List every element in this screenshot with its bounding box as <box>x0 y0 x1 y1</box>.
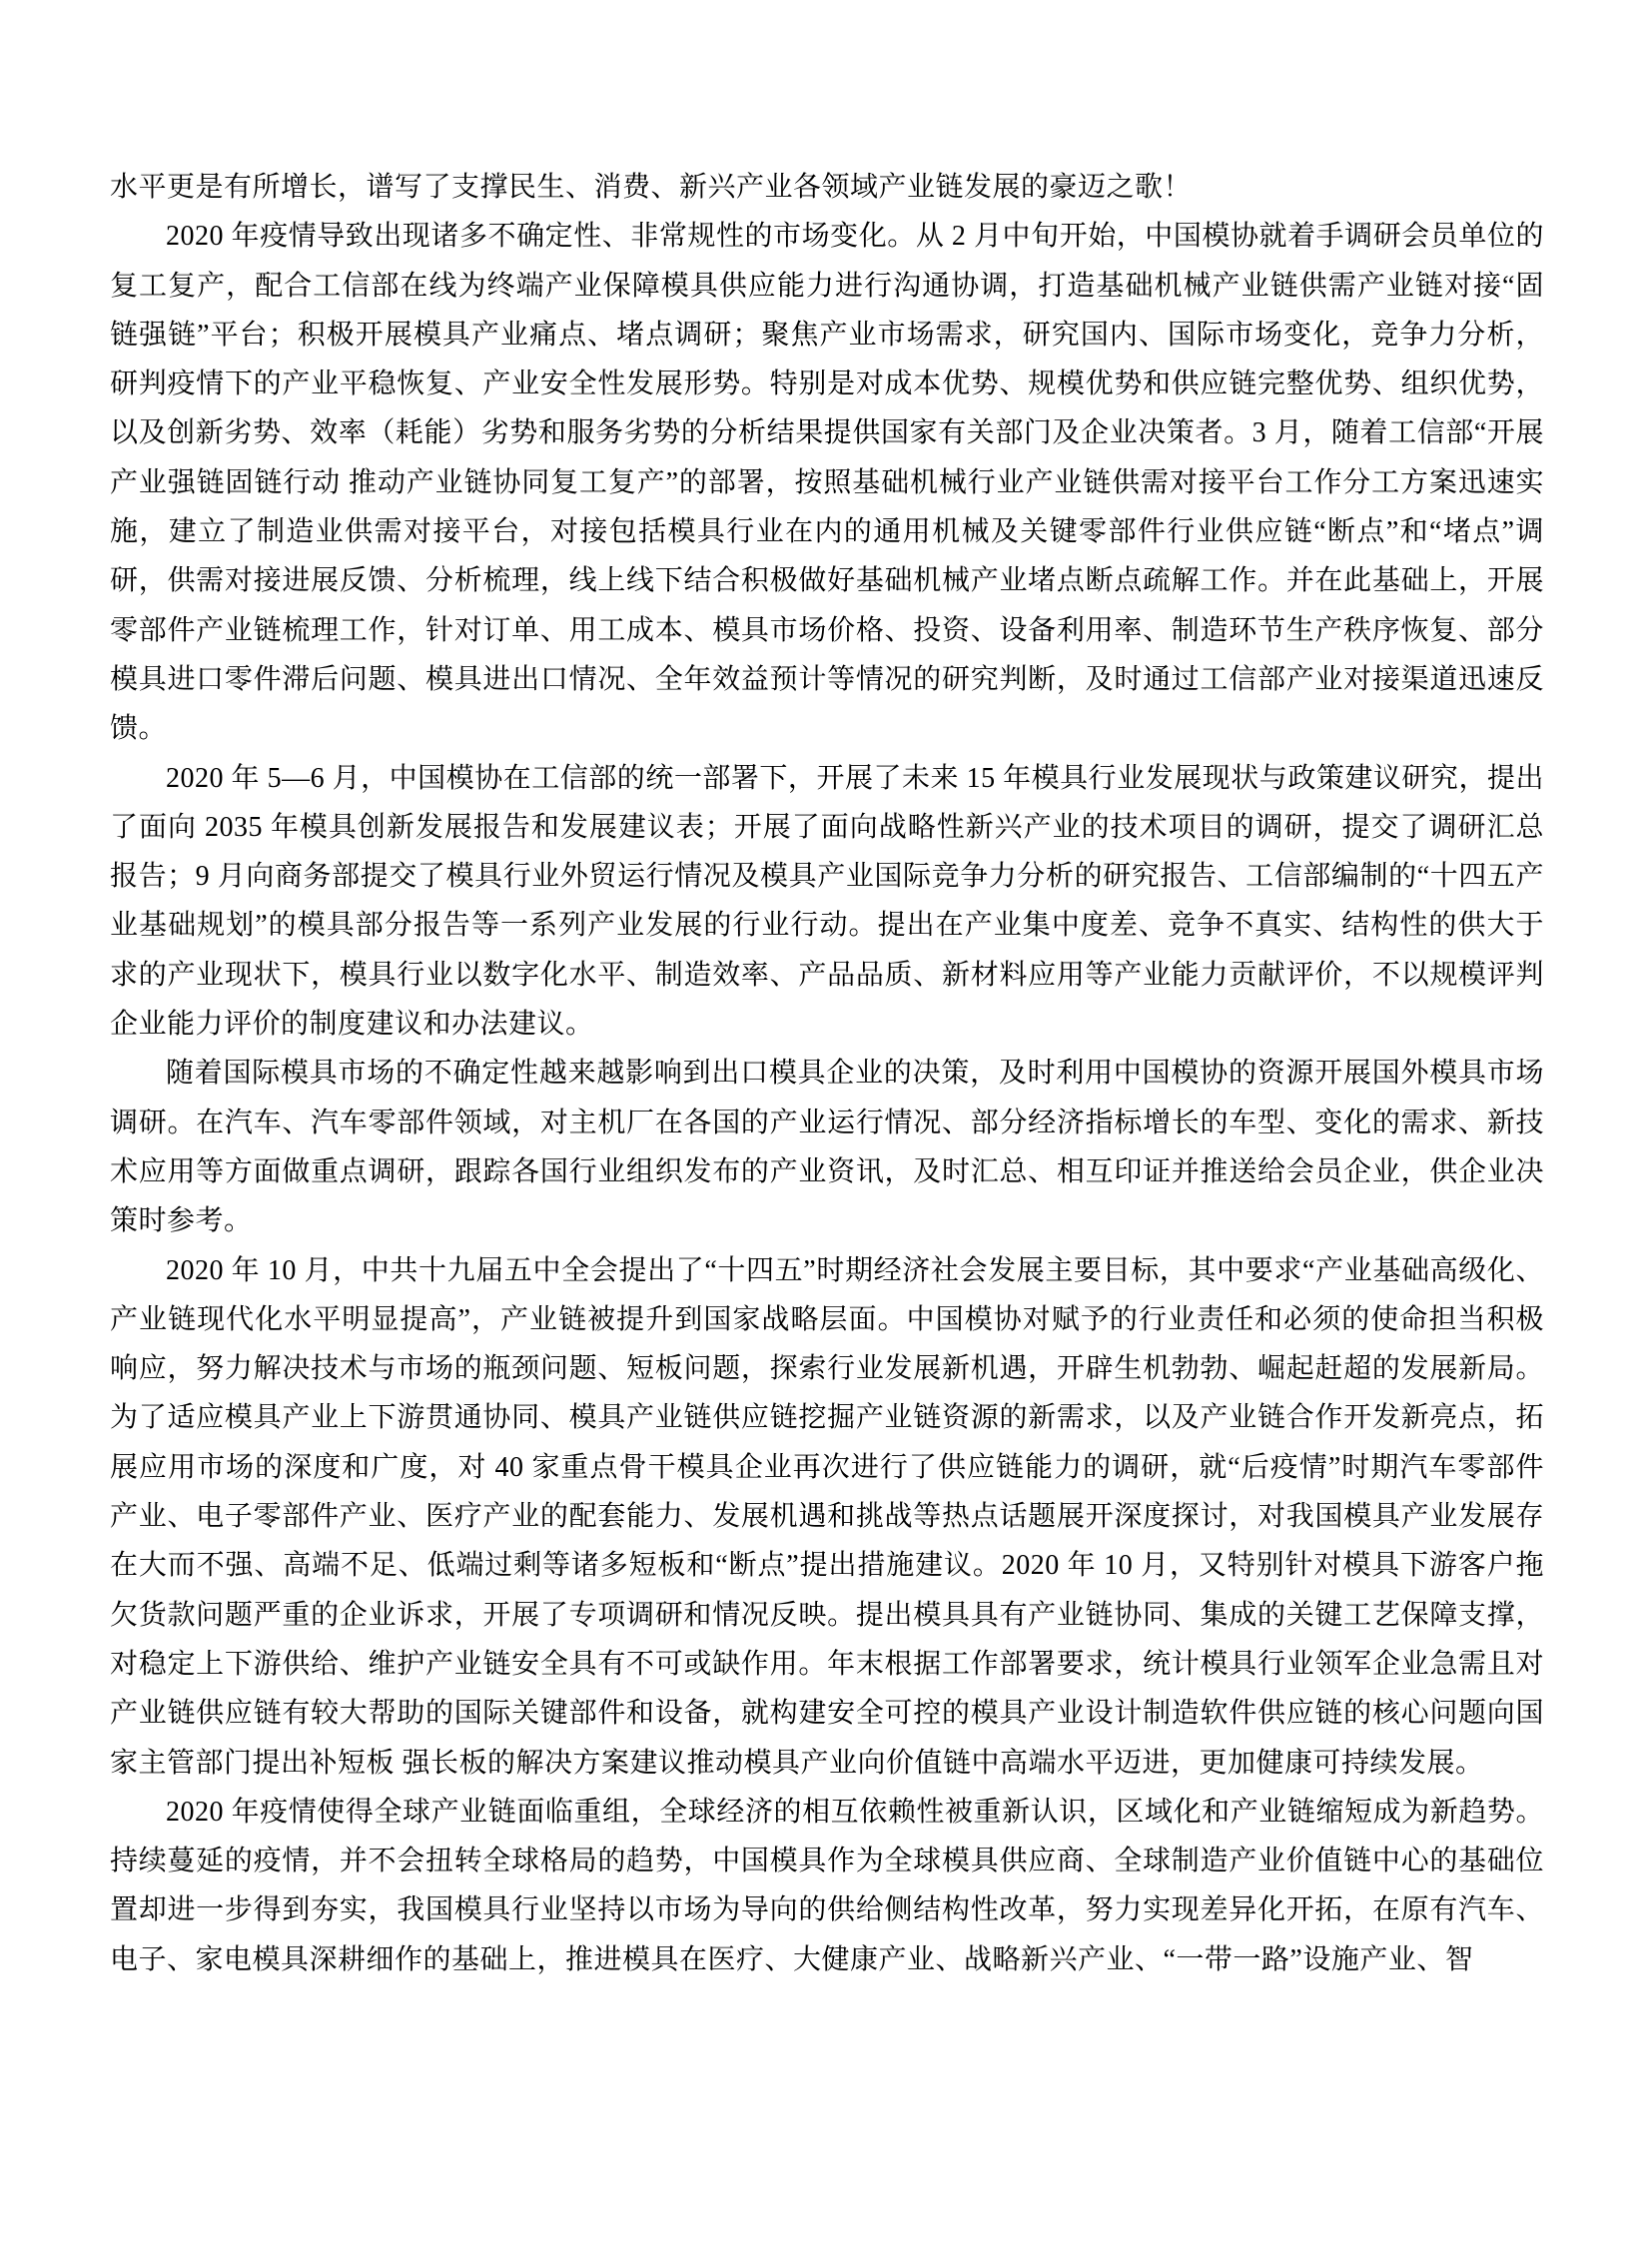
paragraph-five-year-plan-response: 2020 年 10 月，中共十九届五中全会提出了“十四五”时期经济社会发展主要目… <box>110 1246 1544 1788</box>
document-text-block: 水平更是有所增长，谱写了支撑民生、消费、新兴产业各领域产业链发展的豪迈之歌！ 2… <box>110 163 1544 1984</box>
paragraph-continuation: 水平更是有所增长，谱写了支撑民生、消费、新兴产业各领域产业链发展的豪迈之歌！ <box>110 163 1544 212</box>
paragraph-international-market-survey: 随着国际模具市场的不确定性越来越影响到出口模具企业的决策，及时利用中国模协的资源… <box>110 1049 1544 1245</box>
paragraph-policy-research: 2020 年 5—6 月，中国模协在工信部的统一部署下，开展了未来 15 年模具… <box>110 754 1544 1050</box>
document-page: 水平更是有所增长，谱写了支撑民生、消费、新兴产业各领域产业链发展的豪迈之歌！ 2… <box>0 0 1652 2242</box>
paragraph-global-chain-restructure: 2020 年疫情使得全球产业链面临重组，全球经济的相互依赖性被重新认识，区域化和… <box>110 1788 1544 1984</box>
paragraph-epidemic-market-changes: 2020 年疫情导致出现诸多不确定性、非常规性的市场变化。从 2 月中旬开始，中… <box>110 212 1544 753</box>
